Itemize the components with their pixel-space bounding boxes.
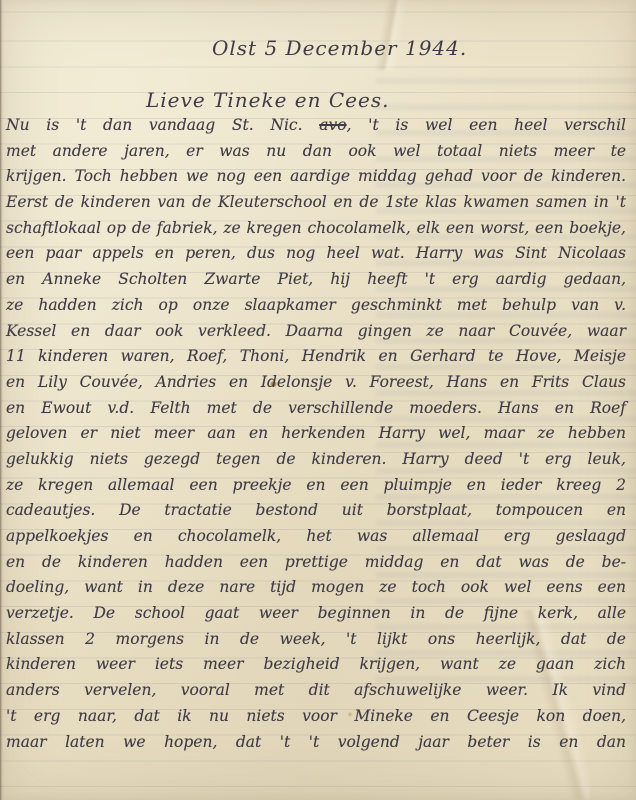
line-text: een paar appels en peren, dus nog heel w… (6, 244, 626, 262)
line-text: ze hadden zich op onze slaapkamer geschm… (6, 296, 626, 314)
handwritten-line: ze kregen allemaal een preekje en een pl… (6, 473, 626, 499)
handwritten-line: doeling, want in deze nare tijd mogen ze… (6, 575, 626, 601)
line-text: appelkoekjes en chocolamelk, het was all… (6, 527, 626, 545)
line-text: doeling, want in deze nare tijd mogen ze… (6, 578, 626, 596)
line-text: met andere jaren, er was nu dan ook wel … (6, 142, 626, 160)
handwritten-line: Eerst de kinderen van de Kleuterschool e… (6, 190, 626, 216)
line-text: gelukkig niets gezegd tegen de kinderen.… (6, 450, 626, 468)
line-text: anders vervelen, vooral met dit afschuwe… (6, 681, 626, 699)
line-text: cadeautjes. De tractatie bestond uit bor… (6, 501, 626, 519)
line-text: Eerst de kinderen van de Kleuterschool e… (6, 193, 626, 211)
handwritten-line: schaftlokaal op de fabriek, ze kregen ch… (6, 216, 626, 242)
line-text: verzetje. De school gaat weer beginnen i… (6, 604, 626, 622)
handwritten-line: Nu is 't dan vandaag St. Nic. avo, 't is… (6, 113, 626, 139)
handwritten-line: Kessel en daar ook verkleed. Daarna ging… (6, 319, 626, 345)
letter-page: Olst 5 December 1944. Lieve Tineke en Ce… (0, 0, 636, 800)
line-text: en Anneke Scholten Zwarte Piet, hij heef… (6, 270, 626, 288)
letter-body: Nu is 't dan vandaag St. Nic. avo, 't is… (6, 113, 626, 755)
line-text: krijgen. Toch hebben we nog een aardige … (6, 167, 626, 185)
handwritten-line: appelkoekjes en chocolamelk, het was all… (6, 524, 626, 550)
handwritten-line: klassen 2 morgens in de week, 't lijkt o… (6, 627, 626, 653)
handwritten-line: met andere jaren, er was nu dan ook wel … (6, 139, 626, 165)
struck-word: avo (319, 116, 346, 134)
line-text: geloven er niet meer aan en herkenden Ha… (6, 424, 626, 442)
handwritten-line: gelukkig niets gezegd tegen de kinderen.… (6, 447, 626, 473)
line-text: en de kinderen hadden een prettige midda… (6, 553, 626, 571)
line-text: schaftlokaal op de fabriek, ze kregen ch… (6, 219, 626, 237)
date-line: Olst 5 December 1944. (212, 36, 467, 60)
line-text: maar laten we hopen, dat 't 't volgend j… (6, 733, 626, 751)
handwritten-line: geloven er niet meer aan en herkenden Ha… (6, 421, 626, 447)
line-text: klassen 2 morgens in de week, 't lijkt o… (6, 630, 626, 648)
salutation-line: Lieve Tineke en Cees. (146, 88, 389, 112)
handwritten-line: anders vervelen, vooral met dit afschuwe… (6, 678, 626, 704)
line-text: 't erg naar, dat ik nu niets voor Mineke… (6, 707, 626, 725)
line-text: Nu is 't dan vandaag St. Nic. (6, 116, 319, 134)
handwritten-line: en Ewout v.d. Felth met de verschillende… (6, 396, 626, 422)
handwritten-line: ze hadden zich op onze slaapkamer geschm… (6, 293, 626, 319)
handwritten-line: kinderen weer iets meer bezigheid krijge… (6, 652, 626, 678)
handwritten-line: een paar appels en peren, dus nog heel w… (6, 241, 626, 267)
handwritten-line: 't erg naar, dat ik nu niets voor Mineke… (6, 704, 626, 730)
line-text: , 't is wel een heel verschil (347, 116, 626, 134)
line-text: 11 kinderen waren, Roef, Thoni, Hendrik … (6, 347, 626, 365)
handwritten-line: en Lily Couvée, Andries en Idelonsje v. … (6, 370, 626, 396)
line-text: Kessel en daar ook verkleed. Daarna ging… (6, 322, 626, 340)
line-text: en Ewout v.d. Felth met de verschillende… (6, 399, 626, 417)
handwritten-line: en de kinderen hadden een prettige midda… (6, 550, 626, 576)
line-text: kinderen weer iets meer bezigheid krijge… (6, 655, 626, 673)
line-text: ze kregen allemaal een preekje en een pl… (6, 476, 626, 494)
handwritten-line: en Anneke Scholten Zwarte Piet, hij heef… (6, 267, 626, 293)
scan-edge-left (0, 0, 3, 800)
handwritten-line: verzetje. De school gaat weer beginnen i… (6, 601, 626, 627)
handwritten-line: maar laten we hopen, dat 't 't volgend j… (6, 730, 626, 756)
handwritten-line: 11 kinderen waren, Roef, Thoni, Hendrik … (6, 344, 626, 370)
handwritten-line: krijgen. Toch hebben we nog een aardige … (6, 164, 626, 190)
line-text: en Lily Couvée, Andries en Idelonsje v. … (6, 373, 626, 391)
handwritten-line: cadeautjes. De tractatie bestond uit bor… (6, 498, 626, 524)
